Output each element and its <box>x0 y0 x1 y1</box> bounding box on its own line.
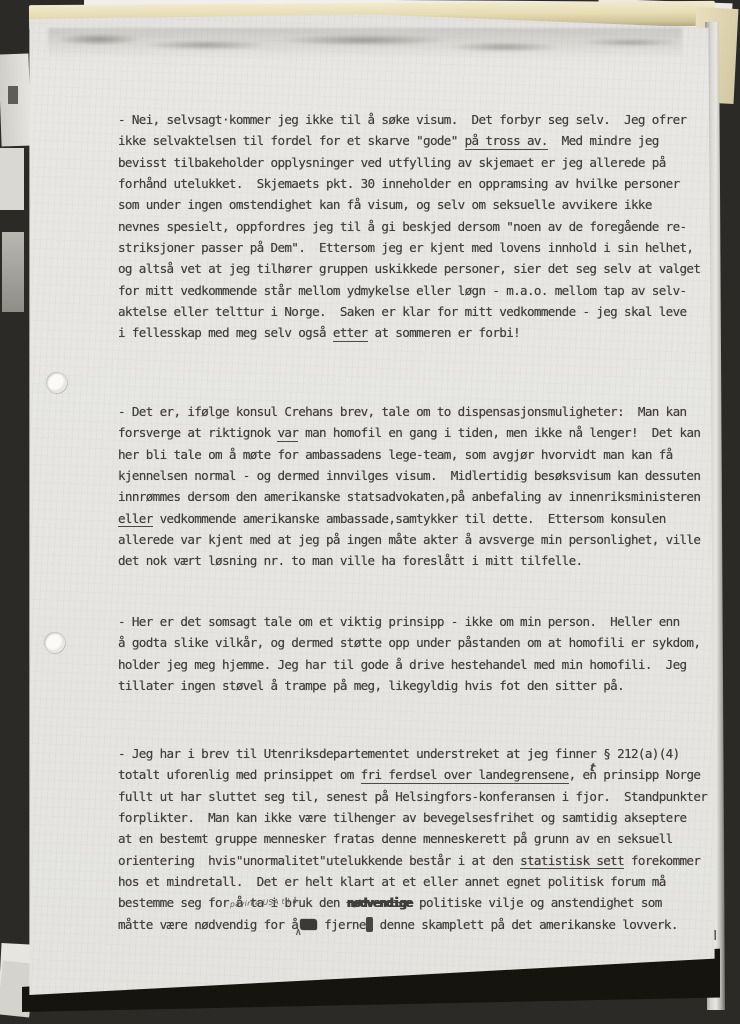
text-line: ikke selvaktelsen til fordel for et skar… <box>118 133 724 154</box>
underlined-text: på tross av. <box>465 133 548 150</box>
text-segment: politiske vilje og anstendighet som <box>412 895 662 910</box>
text-line: bestemme seg for å ta i bruk den nødvend… <box>118 895 724 916</box>
text-segment: striksjoner passer på Dem". Ettersom jeg… <box>118 240 693 255</box>
blotted-character: t <box>366 917 373 932</box>
text-segment: bevisst tilbakeholder opplysninger ved u… <box>118 155 666 170</box>
document-text: - Nei, selvsagt·kommer jeg ikke til å sø… <box>28 12 716 996</box>
text-line: - Jeg har i brev til Utenriksdepartement… <box>118 746 724 767</box>
paragraph: - Her er det somsagt tale om et viktig p… <box>118 614 724 699</box>
text-line: bevisst tilbakeholder opplysninger ved u… <box>118 155 724 176</box>
text-line: hos et mindretall. Det er helt klart at … <box>118 874 724 895</box>
text-segment: forsverge at riktignok <box>118 425 277 440</box>
underlined-text: var <box>277 425 298 442</box>
text-segment: nevnes spesielt, oppfordres jeg til å gi… <box>118 219 686 234</box>
underlined-text: eller <box>118 511 153 528</box>
overtyped-text: nødvendige <box>347 895 412 910</box>
text-segment: allerede var kjent med at jeg på ingen m… <box>118 532 700 547</box>
text-segment: her bli tale om å møte for ambassadens l… <box>118 447 673 462</box>
text-segment: man homofil en gang i tiden, men ikke nå… <box>298 425 700 440</box>
text-line: forplikter. Man kan ikke være tilhenger … <box>118 810 724 831</box>
paragraph: - Nei, selvsagt·kommer jeg ikke til å sø… <box>118 112 724 347</box>
paragraph: - Det er, ifølge konsul Crehans brev, ta… <box>118 404 724 575</box>
text-segment: ikke selvaktelsen til fordel for et skar… <box>118 133 465 148</box>
underlined-text: fri ferdsel over landegrensene <box>361 767 569 784</box>
text-segment: fullt ut har sluttet seg til, senest på … <box>118 789 707 804</box>
text-line: forhånd utelukket. Skjemaets pkt. 30 inn… <box>118 176 724 197</box>
text-segment: å godta slike vilkår, og dermed støtte o… <box>118 635 700 650</box>
text-line: nevnes spesielt, oppfordres jeg til å gi… <box>118 219 724 240</box>
paper-stack-left-tab <box>2 232 24 312</box>
text-segment: denne skamplett på det amerikanske lovve… <box>373 917 678 932</box>
text-line: som under ingen omstendighet kan få visu… <box>118 197 724 218</box>
text-line: - Her er det somsagt tale om et viktig p… <box>118 614 724 635</box>
text-line: - Nei, selvsagt·kommer jeg ikke til å sø… <box>118 112 724 133</box>
text-segment: holder jeg meg hjemme. Jeg har til gode … <box>118 657 686 672</box>
text-line: fullt ut har sluttet seg til, senest på … <box>118 789 724 810</box>
text-segment: innrømmes dersom den amerikanske statsad… <box>118 489 700 504</box>
text-line: innrømmes dersom den amerikanske statsad… <box>118 489 724 510</box>
text-segment: prinsipp Norge <box>596 767 700 782</box>
text-segment: - Det er, ifølge konsul Crehans brev, ta… <box>118 404 686 419</box>
paper-stack-left-notch <box>8 86 18 104</box>
text-line: - Det er, ifølge konsul Crehans brev, ta… <box>118 404 724 425</box>
text-segment: , e <box>569 767 590 782</box>
text-segment: - Nei, selvsagt·kommer jeg ikke til å sø… <box>118 112 686 127</box>
text-segment: for mitt vedkommende står mellom ydmykel… <box>118 283 686 298</box>
text-segment: orientering hvis"unormalitet"utelukkende… <box>118 853 520 868</box>
text-line: at en bestemt gruppe mennesker fratas de… <box>118 831 724 852</box>
text-line: og altså vet at jeg tilhører gruppen usk… <box>118 261 724 282</box>
text-segment: vedkommende amerikanske ambassade,samtyk… <box>153 511 666 526</box>
text-segment: forplikter. Man kan ikke være tilhenger … <box>118 810 686 825</box>
text-line: striksjoner passer på Dem". Ettersom jeg… <box>118 240 724 261</box>
text-segment: det nok vært løsning nr. to man ville ha… <box>118 553 582 568</box>
text-segment: forekommer <box>624 853 700 868</box>
text-line: forsverge at riktignok var man homofil e… <box>118 425 724 446</box>
insertion-caret: ∧ <box>295 927 301 938</box>
scanned-page: - Nei, selvsagt·kommer jeg ikke til å sø… <box>28 12 716 996</box>
ink-blob <box>300 919 317 930</box>
text-segment: måtte være nødvendig for å <box>118 917 298 932</box>
text-segment: og altså vet at jeg tilhører gruppen usk… <box>118 261 700 276</box>
text-segment: hos et mindretall. Det er helt klart at … <box>118 874 666 889</box>
text-line: å godta slike vilkår, og dermed støtte o… <box>118 635 724 656</box>
paper-stack-left-tab <box>0 148 24 210</box>
text-line: orientering hvis"unormalitet"utelukkende… <box>118 853 724 874</box>
text-segment: - Jeg har i brev til Utenriksdepartement… <box>118 746 680 761</box>
text-segment: at sommeren er forbi! <box>368 325 521 340</box>
paragraph: - Jeg har i brev til Utenriksdepartement… <box>118 746 724 938</box>
text-line: allerede var kjent med at jeg på ingen m… <box>118 532 724 553</box>
text-line: i fellesskap med meg selv også etter at … <box>118 325 724 346</box>
text-segment: som under ingen omstendighet kan få visu… <box>118 197 652 212</box>
text-segment: aktelse eller telttur i Norge. Saken er … <box>118 304 686 319</box>
text-line: kjennelsen normal - og dermed innvilges … <box>118 468 724 489</box>
text-line: eller vedkommende amerikanske ambassade,… <box>118 511 724 532</box>
text-line: her bli tale om å møte for ambassadens l… <box>118 447 724 468</box>
scan-background: - Nei, selvsagt·kommer jeg ikke til å sø… <box>0 0 740 1024</box>
text-line: totalt uforenlig med prinsippet om fri f… <box>118 767 724 788</box>
corrected-character: nt <box>589 767 596 782</box>
text-segment: i fellesskap med meg selv også <box>118 325 333 340</box>
text-segment: - Her er det somsagt tale om et viktig p… <box>118 614 680 629</box>
text-segment: forhånd utelukket. Skjemaets pkt. 30 inn… <box>118 176 680 191</box>
text-line: tillater ingen støvel å trampe på meg, l… <box>118 678 724 699</box>
underlined-text: statistisk sett <box>520 853 624 870</box>
text-segment: Med mindre jeg <box>548 133 659 148</box>
text-line: måtte være nødvendig for å∧ fjernet denn… <box>118 917 724 938</box>
text-line: det nok vært løsning nr. to man ville ha… <box>118 553 724 574</box>
handwritten-correction: t <box>590 761 597 775</box>
text-line: holder jeg meg hjemme. Jeg har til gode … <box>118 657 724 678</box>
text-segment: fjerne <box>317 917 366 932</box>
text-line: for mitt vedkommende står mellom ydmykel… <box>118 283 724 304</box>
text-segment: at en bestemt gruppe mennesker fratas de… <box>118 831 673 846</box>
underlined-text: etter <box>333 325 368 342</box>
text-line: aktelse eller telttur i Norge. Saken er … <box>118 304 724 325</box>
text-segment: kjennelsen normal - og dermed innvilges … <box>118 468 700 483</box>
text-segment: tillater ingen støvel å trampe på meg, l… <box>118 678 624 693</box>
text-segment: totalt uforenlig med prinsippet om <box>118 767 361 782</box>
